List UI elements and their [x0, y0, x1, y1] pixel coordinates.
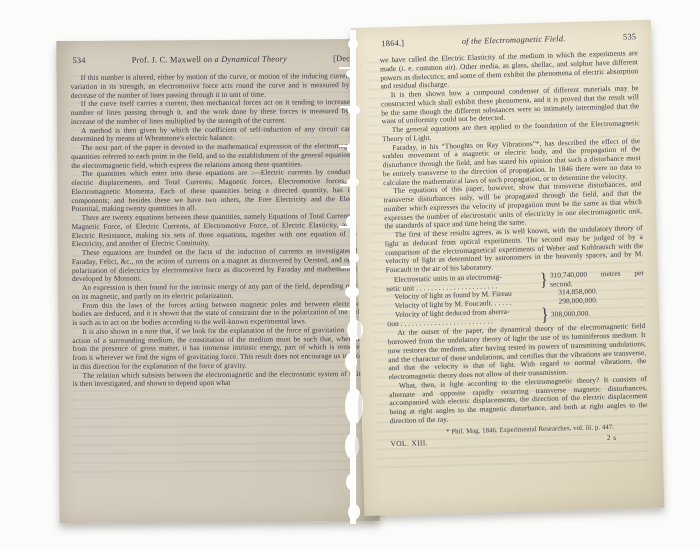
- paragraph: If the curve itself carries a current, t…: [71, 98, 362, 126]
- paragraph: From this the laws of the forces acting …: [72, 299, 363, 327]
- paragraph: The relation which subsists between the …: [73, 369, 364, 389]
- velocity-comparison-table: Electrostatic units in an electromag- ne…: [386, 269, 645, 329]
- page-footer: VOL. XIII. 2 s: [390, 432, 616, 447]
- right-page-running-head: 1864.] of the Electromagnetic Field. 535: [381, 32, 636, 48]
- right-running-title: of the Electromagnetic Field.: [462, 34, 566, 46]
- left-page-running-head: 534 Prof. J. C. Maxwell on a Dynamical T…: [72, 54, 361, 65]
- right-page-number: 535: [623, 32, 636, 41]
- paragraph: At the outset of the paper, the dynamica…: [387, 322, 646, 382]
- right-page: 1864.] of the Electromagnetic Field. 535…: [351, 20, 665, 516]
- paragraph: The next part of the paper is devoted to…: [71, 142, 362, 170]
- paragraph: The quantities which enter into these eq…: [71, 168, 362, 214]
- left-page-number: 534: [72, 56, 85, 65]
- row-value: 308,000,000.: [549, 308, 645, 319]
- paragraph: The first of these results agrees, as is…: [385, 224, 644, 275]
- photo-background: 534 Prof. J. C. Maxwell on a Dynamical T…: [0, 0, 700, 549]
- paragraph: It is also shown in a note that, if we l…: [72, 326, 363, 372]
- paragraph: There are twenty equations between these…: [72, 212, 363, 249]
- signature-mark: 2 s: [607, 432, 617, 441]
- torn-gutter-edge: [333, 30, 377, 524]
- left-page-text-block: If this number is altered, either by mot…: [71, 72, 364, 389]
- paragraph: What, then, is light according to the el…: [389, 375, 648, 426]
- paragraph: These equations are founded on the facts…: [72, 247, 363, 284]
- brace-glyph: }: [540, 271, 549, 290]
- left-running-title: Prof. J. C. Maxwell on a Dynamical Theor…: [132, 55, 287, 65]
- volume-label: VOL. XIII.: [390, 438, 428, 448]
- brace-glyph: }: [541, 306, 550, 325]
- paragraph: If this number is altered, either by mot…: [71, 72, 362, 100]
- right-page-text-block: we have called the Electric Elasticity o…: [380, 49, 648, 426]
- left-page: 534 Prof. J. C. Maxwell on a Dynamical T…: [56, 39, 379, 523]
- footnote: * Phil. Mag. 1846. Experimental Research…: [446, 422, 648, 435]
- right-date-bracket: 1864.]: [381, 39, 404, 49]
